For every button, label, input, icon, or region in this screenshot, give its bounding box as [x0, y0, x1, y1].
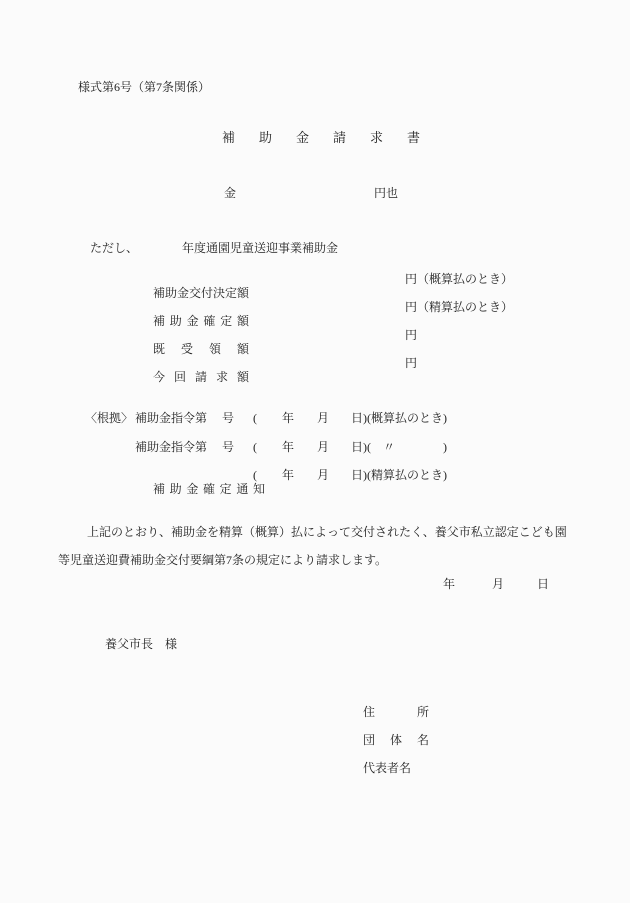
basis-row2-open-paren: (	[253, 440, 257, 454]
basis-row1-year: 年	[282, 411, 294, 425]
amount-row-label: 既受領額	[153, 342, 249, 356]
date-day-label: 日	[537, 577, 549, 591]
signature-representative-label: 代表者名	[363, 761, 411, 775]
amount-row-label: 補助金交付決定額	[153, 286, 249, 300]
amount-row-fixed-unit: 円（精算払のとき）	[405, 300, 513, 314]
basis-heading: 〈根拠〉	[85, 411, 133, 425]
basis-row3-tail: 日)(精算払のとき)	[351, 468, 447, 482]
amount-currency-prefix: 金	[224, 186, 236, 200]
basis-row1-tail: 日)(概算払のとき)	[351, 411, 447, 425]
amount-row-claimed-unit: 円	[405, 356, 417, 370]
date-month-label: 月	[492, 577, 504, 591]
basis-row3-month: 月	[317, 468, 329, 482]
basis-row1-month: 月	[317, 411, 329, 425]
amount-row-decided-unit: 円（概算払のとき）	[405, 272, 513, 286]
amount-currency-suffix: 円也	[374, 186, 398, 200]
basis-row2-month: 月	[317, 440, 329, 454]
date-year-label: 年	[443, 577, 455, 591]
signature-address-label: 住所	[363, 705, 429, 719]
document-title: 補 助 金 請 求 書	[222, 130, 426, 146]
basis-row2-tail: 日)( 〃 )	[351, 440, 447, 454]
basis-row1-number-unit: 号	[222, 411, 234, 425]
subsidy-claim-form-page: 様式第6号（第7条関係） 補 助 金 請 求 書 金 円也 ただし、 年度通園児…	[0, 0, 630, 903]
form-number: 様式第6号（第7条関係）	[78, 80, 210, 94]
amount-row-label: 今回請求額	[153, 370, 249, 384]
basis-row3-open-paren: (	[253, 468, 257, 482]
proviso-prefix: ただし、	[90, 241, 138, 255]
basis-row3-name-text: 補助金確定通知	[153, 482, 265, 496]
basis-row1-name: 補助金指令第	[135, 411, 207, 425]
basis-row3-year: 年	[282, 468, 294, 482]
basis-row3-name: 補助金確定通知	[135, 468, 265, 511]
signature-representative-row: 代表者名	[345, 747, 411, 790]
basis-row1-open-paren: (	[253, 411, 257, 425]
closing-line1: 上記のとおり、補助金を精算（概算）払によって交付されたく、養父市私立認定こども園	[58, 525, 567, 539]
basis-row2-number-unit: 号	[222, 440, 234, 454]
proviso-subsidy-name: 年度通園児童送迎事業補助金	[182, 241, 338, 255]
closing-line2: 等児童送迎費補助金交付要綱第7条の規定により請求します。	[58, 553, 387, 567]
basis-row2-year: 年	[282, 440, 294, 454]
amount-row-claimed: 今回請求額	[135, 356, 249, 399]
basis-row2-name: 補助金指令第	[135, 440, 207, 454]
amount-row-received-unit: 円	[405, 328, 417, 342]
amount-row-label: 補助金確定額	[153, 314, 249, 328]
addressee-mayor: 養父市長 様	[105, 637, 177, 651]
signature-organization-label: 団体名	[363, 733, 429, 747]
